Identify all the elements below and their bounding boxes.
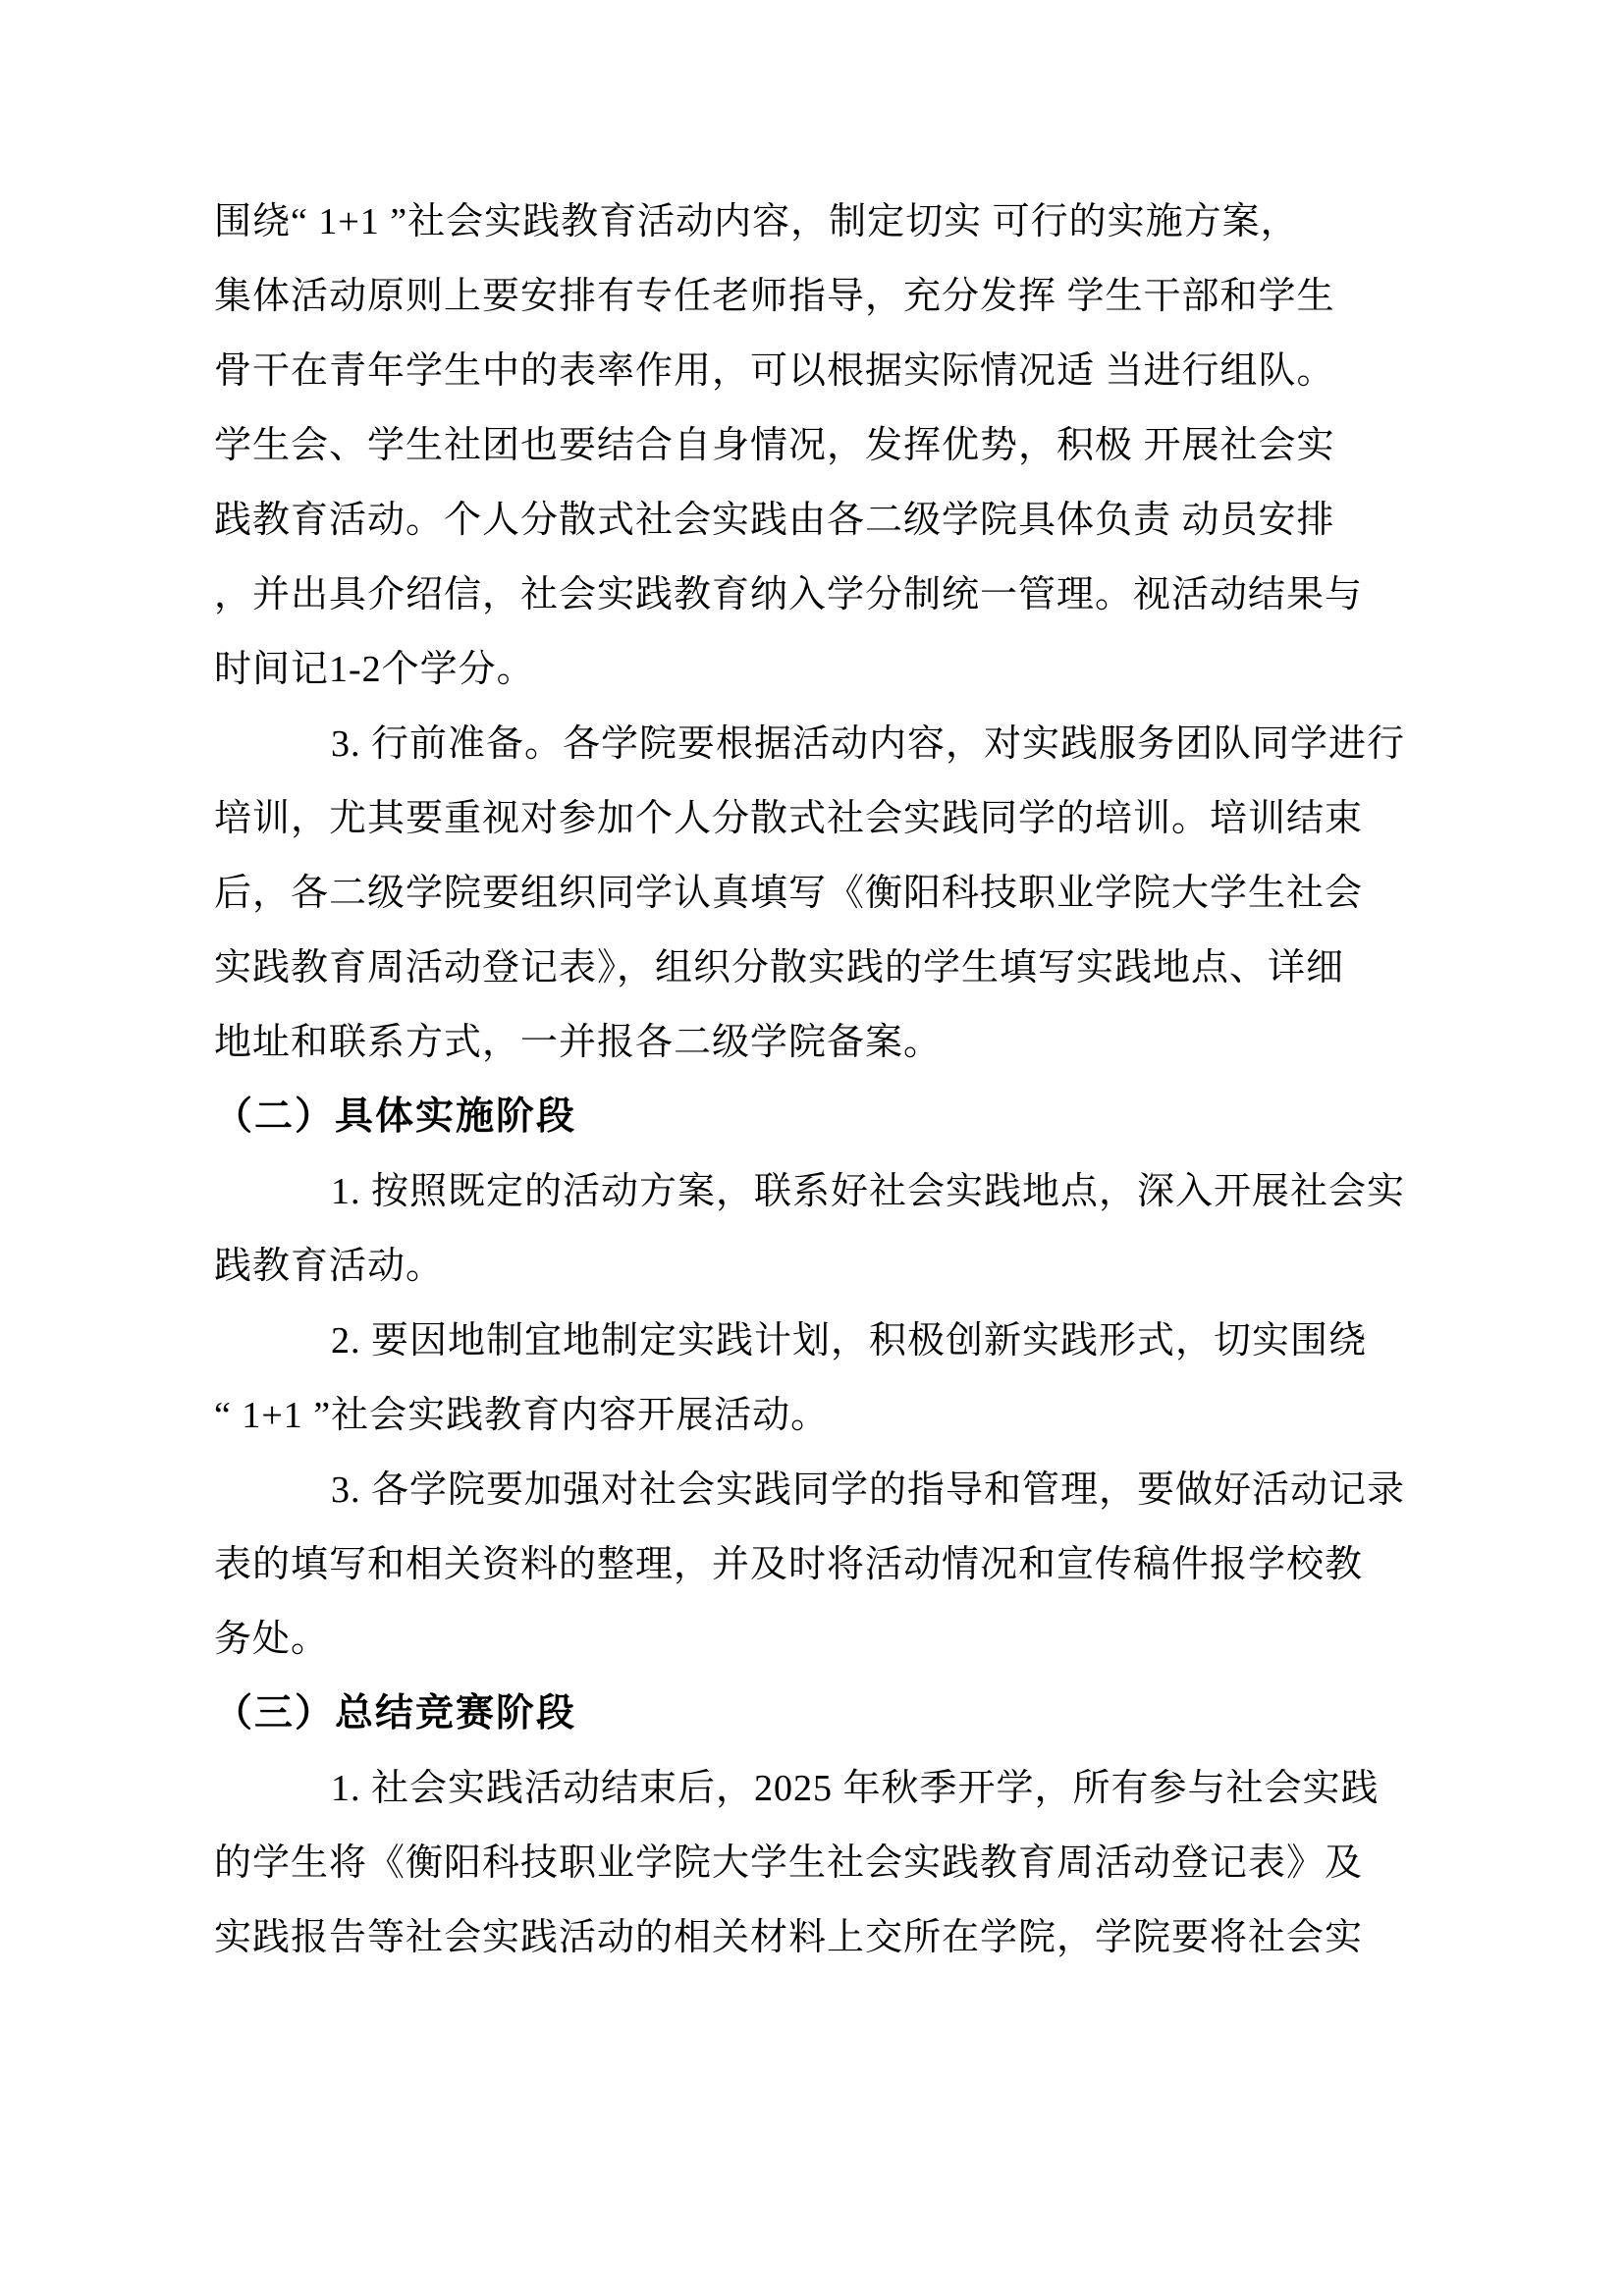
text-line: 务处。 xyxy=(214,1602,1428,1677)
text-line: 1. 按照既定的活动方案，联系好社会实践地点，深入开展社会实 xyxy=(214,1154,1428,1229)
text-line: 1. 社会实践活动结束后，2025 年秋季开学，所有参与社会实践 xyxy=(214,1751,1428,1826)
text-line: “ 1+1 ”社会实践教育内容开展活动。 xyxy=(214,1378,1428,1453)
document-page: 围绕“ 1+1 ”社会实践教育活动内容，制定切实 可行的实施方案，集体活动原则上… xyxy=(0,0,1624,2296)
text-line: ，并出具介绍信，社会实践教育纳入学分制统一管理。视活动结果与 xyxy=(214,558,1428,632)
text-line: 实践教育周活动登记表》，组织分散实践的学生填写实践地点、详细 xyxy=(214,931,1428,1005)
text-line: 时间记1-2个学分。 xyxy=(214,632,1428,707)
text-line: 培训，尤其要重视对参加个人分散式社会实践同学的培训。培训结束 xyxy=(214,781,1428,856)
text-line: 的学生将《衡阳科技职业学院大学生社会实践教育周活动登记表》及 xyxy=(214,1826,1428,1900)
text-line: 表的填写和相关资料的整理，并及时将活动情况和宣传稿件报学校教 xyxy=(214,1527,1428,1602)
text-line: 2. 要因地制宜地制定实践计划，积极创新实践形式，切实围绕 xyxy=(214,1304,1428,1378)
section-heading: （二）具体实施阶段 xyxy=(214,1080,1428,1154)
text-line: 围绕“ 1+1 ”社会实践教育活动内容，制定切实 可行的实施方案， xyxy=(214,185,1428,259)
document-content: 围绕“ 1+1 ”社会实践教育活动内容，制定切实 可行的实施方案，集体活动原则上… xyxy=(214,185,1428,1975)
text-line: 集体活动原则上要安排有专任老师指导，充分发挥 学生干部和学生 xyxy=(214,259,1428,334)
text-line: 3. 各学院要加强对社会实践同学的指导和管理，要做好活动记录 xyxy=(214,1453,1428,1527)
text-line: 实践报告等社会实践活动的相关材料上交所在学院，学院要将社会实 xyxy=(214,1900,1428,1975)
text-line: 后，各二级学院要组织同学认真填写《衡阳科技职业学院大学生社会 xyxy=(214,856,1428,931)
text-line: 践教育活动。个人分散式社会实践由各二级学院具体负责 动员安排 xyxy=(214,483,1428,558)
text-line: 3. 行前准备。各学院要根据活动内容，对实践服务团队同学进行 xyxy=(214,707,1428,781)
text-line: 骨干在青年学生中的表率作用，可以根据实际情况适 当进行组队。 xyxy=(214,334,1428,408)
text-line: 践教育活动。 xyxy=(214,1229,1428,1304)
text-line: 地址和联系方式，一并报各二级学院备案。 xyxy=(214,1005,1428,1080)
text-line: 学生会、学生社团也要结合自身情况，发挥优势，积极 开展社会实 xyxy=(214,408,1428,483)
section-heading: （三）总结竞赛阶段 xyxy=(214,1677,1428,1751)
